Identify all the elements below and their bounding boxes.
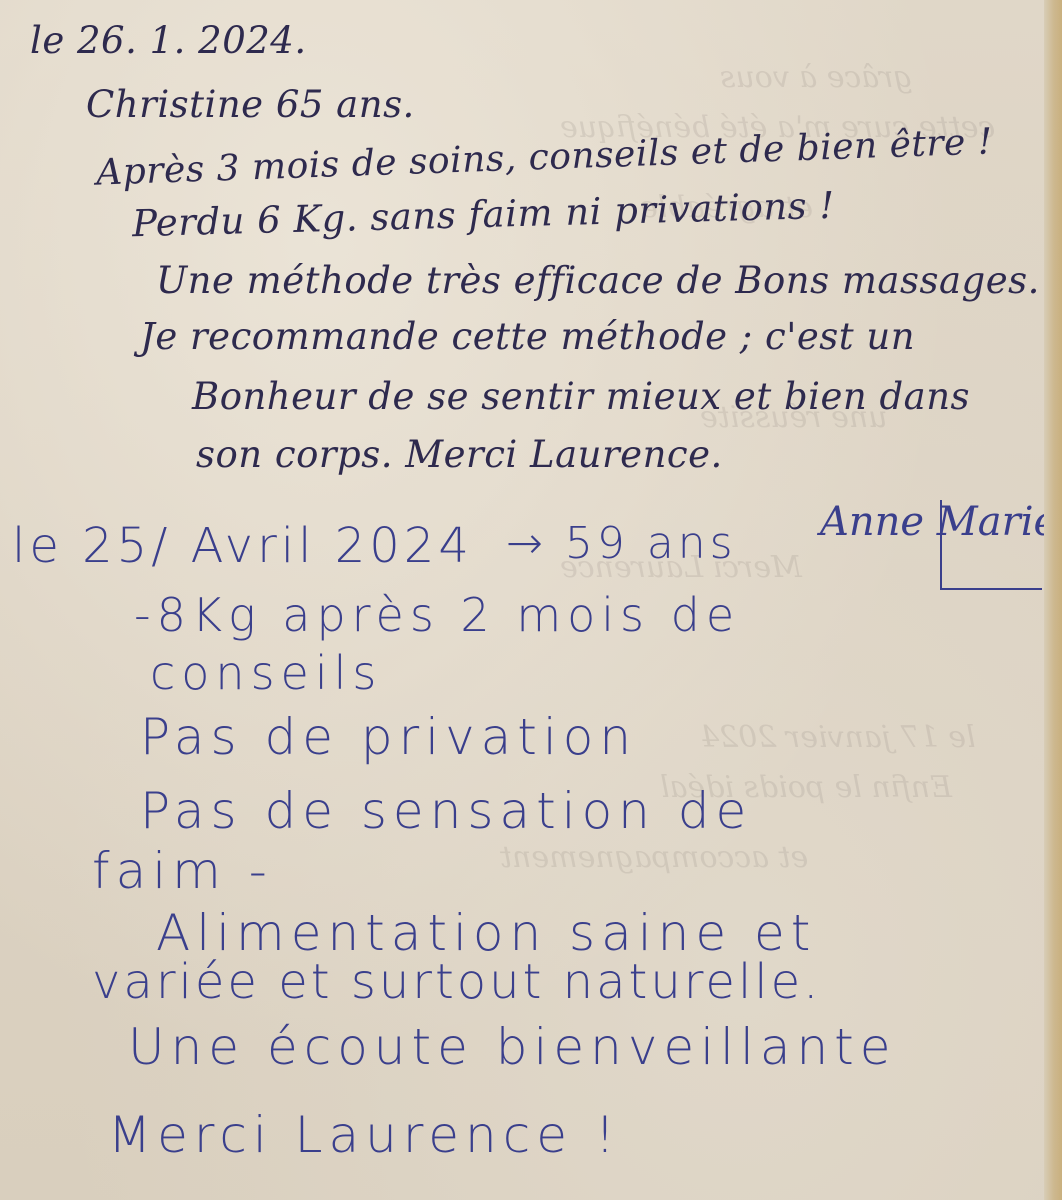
entry-date: le 26. 1. 2024. (30, 22, 307, 59)
entry-text-line: Bonheur de se sentir mieux et bien dans (192, 378, 970, 415)
entry-text-line: Merci Laurence ! (108, 1110, 621, 1160)
bleed-through-text: grâce à vous (720, 60, 913, 95)
entry-text-line: Pas de sensation de (140, 786, 752, 836)
entry-text-line: Pas de privation (140, 712, 637, 762)
entry-text-line: Alimentation saine et (156, 908, 816, 958)
entry-text-line: Une écoute bienveillante (128, 1022, 897, 1072)
entry-text-line: Une méthode très efficace de Bons massag… (156, 262, 1040, 299)
entry-text-line: -8Kg après 2 mois de (134, 592, 740, 638)
bleed-through-text: le 17 janvier 2024 (700, 720, 976, 755)
entry-text-line: Je recommande cette méthode ; c'est un (140, 318, 915, 355)
entry-text-line: faim - (92, 846, 273, 896)
page-edge (1044, 0, 1062, 1200)
entry-text-line: Après 3 mois de soins, conseils et de bi… (96, 124, 994, 191)
entry-text-line: conseils (150, 650, 382, 696)
entry-author-age: → 59 ans (506, 522, 737, 566)
entry-date: le 25/ Avril 2024 (12, 522, 473, 570)
entry-text-line: son corps. Merci Laurence. (196, 436, 723, 473)
signature-underline (940, 500, 1042, 590)
entry-author-age: Christine 65 ans. (86, 86, 415, 123)
notebook-page: grâce à vous cette cure m'a été bénéfiqu… (0, 0, 1062, 1200)
entry-text-line: variée et surtout naturelle. (92, 958, 821, 1006)
bleed-through-text: et accompagnement (500, 840, 808, 875)
entry-text-line: Perdu 6 Kg. sans faim ni privations ! (132, 187, 836, 242)
